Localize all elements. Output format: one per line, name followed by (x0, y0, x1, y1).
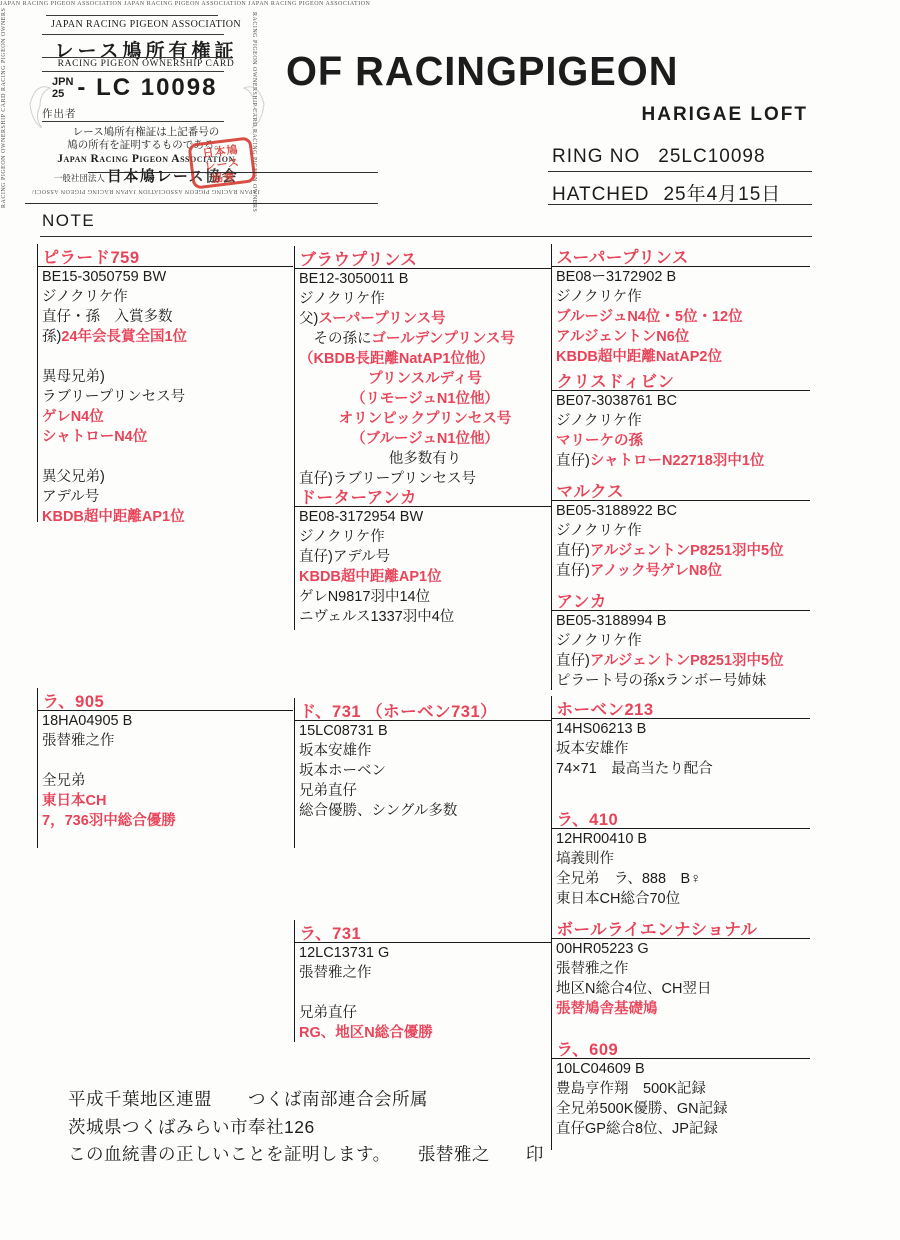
pedigree-text: アデル号 (42, 489, 99, 505)
pedigree-text: 総合優勝、シングル多数 (299, 803, 457, 819)
ring-no-value: 25LC10098 (658, 146, 765, 167)
pedigree-line: 直仔)アルジェントンP8251羽中5位 (556, 541, 810, 561)
note-label: NOTE (42, 211, 95, 231)
pedigree-text: BE05-3188994 B (556, 613, 666, 629)
certification-line: 平成千葉地区連盟 つくば南部連合会所属 (68, 1086, 544, 1114)
pedigree-line: 直仔)シャトローN22718羽中1位 (556, 451, 810, 471)
pedigree-line: 直仔GP総合8位、JP記録 (556, 1119, 810, 1139)
note-underline (40, 236, 812, 237)
pedigree-line: 総合優勝、シングル多数 (299, 801, 551, 821)
pedigree-line: 直仔・孫 入賞多数 (42, 307, 293, 327)
card-ring-number: JPN 25 - LC 10098 (52, 74, 217, 102)
pedigree-text: 地区N総合4位、CH翌日 (556, 981, 711, 997)
achievement-text: アノック号ゲレN8位 (590, 563, 722, 579)
pedigree-text: 他多数有り (389, 451, 462, 467)
pigeon-name: マルクス (551, 478, 811, 501)
pedigree-line: シャトローN4位 (42, 427, 293, 447)
pedigree-text: 塙義則作 (556, 851, 614, 867)
pedigree-line: その孫にゴールデンプリンス号 (299, 329, 551, 349)
achievement-text: アルジェントンP8251羽中5位 (590, 653, 784, 669)
pedigree-line: 地区N総合4位、CH翌日 (556, 979, 810, 999)
pedigree-line: ニヴェルス1337羽中4位 (299, 607, 551, 627)
pedigree-line: 異母兄弟) (42, 367, 293, 387)
hatched-label: HATCHED (552, 184, 649, 205)
pedigree-line: ゲレN9817羽中14位 (299, 587, 551, 607)
pedigree-line: ジノクリケ作 (556, 631, 810, 651)
pedigree-text: ジノクリケ作 (556, 633, 642, 649)
pedigree-text: 孫) (42, 329, 61, 345)
card-bottom-line (25, 203, 378, 204)
pedigree-text: BE07-3038761 BC (556, 393, 677, 409)
pedigree-text: ジノクリケ作 (299, 291, 385, 307)
certification-text: 平成千葉地区連盟 つくば南部連合会所属 茨城県つくばみらい市奉社126 この血統… (68, 1086, 544, 1169)
pedigree-line: 東日本CH (42, 791, 293, 811)
pedigree-line: 孫)24年会長賞全国1位 (42, 327, 293, 347)
achievement-text: シャトローN22718羽中1位 (590, 453, 765, 469)
pedigree-line: 74×71 最高当たり配合 (556, 759, 810, 779)
pedigree-text: 直仔・孫 入賞多数 (42, 309, 173, 325)
pedigree-text: 15LC08731 B (299, 723, 388, 739)
pedigree-line: ジノクリケ作 (556, 521, 810, 541)
achievement-text: スーパープリンス号 (318, 311, 445, 327)
pedigree-line: 張替雅之作 (299, 963, 551, 983)
pedigree-line: ゲレN4位 (42, 407, 293, 427)
card-rule (42, 34, 224, 35)
pedigree-text: 豊島亨作翔 500K記録 (556, 1081, 706, 1097)
pedigree-text: 直仔)アデル号 (299, 549, 390, 565)
achievement-text: ブルージュN4位・5位・12位 (556, 309, 743, 325)
pedigree-line: 00HR05223 G (556, 939, 810, 959)
card-association-en: JAPAN RACING PIGEON ASSOCIATION (30, 19, 262, 30)
pedigree-line: 兄弟直仔 (299, 781, 551, 801)
pedigree-text: その孫に (299, 331, 372, 347)
pedigree-text: 全兄弟 ラ、888 B♀ (556, 871, 701, 887)
pedigree-text: 坂本ホーベン (299, 763, 386, 779)
pedigree-line: BE08ー3172902 B (556, 267, 810, 287)
pedigree-block: ラ、90518HA04905 B張替雅之作 全兄弟東日本CH7，736羽中総合優… (37, 688, 293, 848)
pedigree-line: KBDB超中距離NatAP2位 (556, 347, 810, 367)
pedigree-line: （KBDB長距離NatAP1位他） (299, 349, 551, 369)
pedigree-line: 塙義則作 (556, 849, 810, 869)
pedigree-text: 東日本CH総合70位 (556, 891, 680, 907)
pedigree-block: ド、731 （ホーベン731）15LC08731 B坂本安雄作坂本ホーベン兄弟直… (294, 698, 551, 848)
pigeon-name: ブラウプリンス (294, 246, 552, 269)
pedigree-line: BE12-3050011 B (299, 269, 551, 289)
breeder-label: 作出者 (42, 106, 77, 121)
pedigree-line: アデル号 (42, 487, 293, 507)
pedigree-line: 14HS06213 B (556, 719, 810, 739)
card-rule (42, 121, 224, 122)
dove-right-icon (238, 74, 268, 134)
pedigree-line: ジノクリケ作 (556, 411, 810, 431)
achievement-text: RG、地区N総合優勝 (299, 1025, 433, 1041)
pedigree-line: 全兄弟 ラ、888 B♀ (556, 869, 810, 889)
hatched-row: HATCHED25年4月15日 (552, 179, 781, 206)
pedigree-line: RG、地区N総合優勝 (299, 1023, 551, 1043)
pedigree-text: BE05-3188922 BC (556, 503, 677, 519)
pedigree-text: 直仔) (556, 563, 590, 579)
pedigree-block: クリスドィビンBE07-3038761 BCジノクリケ作マリーケの孫直仔)シャト… (551, 368, 810, 478)
pigeon-name: スーパープリンス (551, 244, 811, 267)
pedigree-line: BE07-3038761 BC (556, 391, 810, 411)
pigeon-name: ド、731 （ホーベン731） (294, 698, 552, 721)
pedigree-text: 全兄弟500K優勝、GN記録 (556, 1101, 728, 1117)
pigeon-name: ラ、731 (294, 920, 552, 943)
achievement-text: オリンピックプリンセス号 (339, 411, 512, 427)
achievement-text: KBDB超中距離AP1位 (299, 569, 442, 585)
pedigree-text: 張替雅之作 (42, 733, 115, 749)
achievement-text: 7，736羽中総合優勝 (42, 813, 176, 829)
ring-underline (548, 171, 812, 172)
pedigree-line: 豊島亨作翔 500K記録 (556, 1079, 810, 1099)
pigeon-name: クリスドィビン (551, 368, 811, 391)
pedigree-text: ピラート号の孫xランボー号姉妹 (556, 673, 766, 689)
pedigree-line: 兄弟直仔 (299, 1003, 551, 1023)
pedigree-line: 12HR00410 B (556, 829, 810, 849)
pedigree-block: ピラード759BE15-3050759 BWジノクリケ作直仔・孫 入賞多数孫)2… (37, 244, 293, 522)
achievement-text: マリーケの孫 (556, 433, 643, 449)
hatched-underline (548, 204, 812, 205)
pedigree-line (42, 447, 293, 467)
pedigree-text: BE08ー3172902 B (556, 269, 676, 285)
pedigree-line (42, 347, 293, 367)
pedigree-line: （リモージュN1位他） (299, 389, 551, 409)
card-subtitle-en: RACING PIGEON OWNERSHIP CARD (30, 59, 262, 69)
pedigree-block: ラ、73112LC13731 G張替雅之作 兄弟直仔RG、地区N総合優勝 (294, 920, 551, 1042)
pigeon-name: ドーターアンカ (294, 484, 552, 507)
pedigree-text: ジノクリケ作 (556, 289, 642, 305)
pedigree-block: ホーベン21314HS06213 B坂本安雄作74×71 最高当たり配合 (551, 696, 810, 806)
ring-country-code: JPN (52, 76, 73, 88)
pigeon-name: アンカ (551, 588, 811, 611)
pigeon-name: ボールライエンナショナル (551, 916, 811, 939)
pedigree-text: 全兄弟 (42, 773, 86, 789)
achievement-text: アルジェントンP8251羽中5位 (590, 543, 784, 559)
pedigree-block: ドーターアンカBE08-3172954 BWジノクリケ作直仔)アデル号KBDB超… (294, 484, 551, 630)
pedigree-text: 坂本安雄作 (299, 743, 372, 759)
pedigree-text: ジノクリケ作 (42, 289, 128, 305)
loft-name: HARIGAE LOFT (550, 104, 808, 126)
achievement-text: プリンスルディ号 (368, 371, 482, 387)
pedigree-line (42, 751, 293, 771)
achievement-text: KBDB超中距離NatAP2位 (556, 349, 722, 365)
pedigree-text: ラブリープリンセス号 (42, 389, 185, 405)
pedigree-line: 全兄弟 (42, 771, 293, 791)
pedigree-block: ラ、41012HR00410 B塙義則作全兄弟 ラ、888 B♀東日本CH総合7… (551, 806, 810, 916)
pedigree-line: BE05-3188922 BC (556, 501, 810, 521)
pedigree-line: 直仔)アノック号ゲレN8位 (556, 561, 810, 581)
pedigree-line: 12LC13731 G (299, 943, 551, 963)
pedigree-line: BE15-3050759 BW (42, 267, 293, 287)
ring-no-label: RING NO (552, 146, 640, 167)
achievement-text: （KBDB長距離NatAP1位他） (299, 351, 494, 367)
pedigree-line: 父)スーパープリンス号 (299, 309, 551, 329)
achievement-text: 張替鳩舎基礎鳩 (556, 1001, 658, 1017)
pedigree-block: ブラウプリンスBE12-3050011 Bジノクリケ作父)スーパープリンス号 そ… (294, 246, 551, 486)
pedigree-text: ゲレN9817羽中14位 (299, 589, 430, 605)
pigeon-name: ピラード759 (37, 244, 294, 267)
pedigree-text: 直仔GP総合8位、JP記録 (556, 1121, 718, 1137)
document-title: OF RACINGPIGEON (286, 48, 678, 95)
pedigree-text: 14HS06213 B (556, 721, 646, 737)
pedigree-text: BE08-3172954 BW (299, 509, 423, 525)
hatched-value: 25年4月15日 (663, 184, 781, 205)
pedigree-line: ジノクリケ作 (556, 287, 810, 307)
association-seal-stamp: 日本鳩 レース 協會 (187, 136, 256, 189)
achievement-text: （ブルージュN1位他） (351, 431, 499, 447)
pedigree-line: 坂本ホーベン (299, 761, 551, 781)
pedigree-text: 直仔) (556, 543, 590, 559)
pedigree-text: ジノクリケ作 (556, 523, 642, 539)
pedigree-line: ブルージュN4位・5位・12位 (556, 307, 810, 327)
pedigree-text: 直仔) (556, 653, 590, 669)
achievement-text: ゲレN4位 (42, 409, 104, 425)
pedigree-text: 00HR05223 G (556, 941, 649, 957)
pedigree-line: ラブリープリンセス号 (42, 387, 293, 407)
card-rule (42, 71, 224, 72)
pedigree-line: 坂本安雄作 (556, 739, 810, 759)
pedigree-text: 直仔) (556, 453, 590, 469)
pedigree-line: KBDB超中距離AP1位 (299, 567, 551, 587)
ring-year: 25 (52, 88, 73, 100)
pedigree-line: オリンピックプリンセス号 (299, 409, 551, 429)
pedigree-text: 10LC04609 B (556, 1061, 645, 1077)
pedigree-line: マリーケの孫 (556, 431, 810, 451)
pedigree-text: 異父兄弟) (42, 469, 105, 485)
pedigree-line: 全兄弟500K優勝、GN記録 (556, 1099, 810, 1119)
certification-line: この血統書の正しいことを証明します。 張替雅之 印 (68, 1141, 544, 1169)
pedigree-text: 74×71 最高当たり配合 (556, 761, 713, 777)
pedigree-line: 18HA04905 B (42, 711, 293, 731)
pedigree-line: 15LC08731 B (299, 721, 551, 741)
pedigree-line: 直仔)アルジェントンP8251羽中5位 (556, 651, 810, 671)
pedigree-line: ピラート号の孫xランボー号姉妹 (556, 671, 810, 691)
pigeon-name: ラ、609 (551, 1036, 811, 1059)
ring-no-row: RING NO25LC10098 (552, 146, 766, 168)
pedigree-line: 張替鳩舎基礎鳩 (556, 999, 810, 1019)
achievement-text: ゴールデンプリンス号 (372, 331, 515, 347)
pedigree-text: 異母兄弟) (42, 369, 105, 385)
pedigree-line: 直仔)アデル号 (299, 547, 551, 567)
pedigree-line: 他多数有り (299, 449, 551, 469)
pedigree-text: ジノクリケ作 (299, 529, 385, 545)
pedigree-line: KBDB超中距離AP1位 (42, 507, 293, 527)
pedigree-line: 7，736羽中総合優勝 (42, 811, 293, 831)
pedigree-text: 12LC13731 G (299, 945, 389, 961)
achievement-text: KBDB超中距離AP1位 (42, 509, 185, 525)
pedigree-line: ジノクリケ作 (42, 287, 293, 307)
pedigree-text: 張替雅之作 (299, 965, 372, 981)
pedigree-text: 12HR00410 B (556, 831, 647, 847)
pedigree-block: アンカBE05-3188994 Bジノクリケ作直仔)アルジェントンP8251羽中… (551, 588, 810, 690)
pedigree-line: ジノクリケ作 (299, 289, 551, 309)
achievement-text: シャトローN4位 (42, 429, 147, 445)
pedigree-block: ラ、60910LC04609 B豊島亨作翔 500K記録全兄弟500K優勝、GN… (551, 1036, 810, 1150)
pedigree-line: 異父兄弟) (42, 467, 293, 487)
card-rule (46, 15, 218, 16)
pedigree-block: マルクスBE05-3188922 BCジノクリケ作直仔)アルジェントンP8251… (551, 478, 810, 588)
pedigree-line (299, 983, 551, 1003)
ring-series-number: - LC 10098 (77, 74, 217, 102)
pigeon-name: ホーベン213 (551, 696, 811, 719)
pigeon-name: ラ、410 (551, 806, 811, 829)
pedigree-line: BE05-3188994 B (556, 611, 810, 631)
association-type: 一般社団法人 (54, 173, 105, 183)
pedigree-text: BE15-3050759 BW (42, 269, 166, 285)
card-border-text-left: Racing Pigeon Ownership Card Racing Pige… (1, 8, 9, 208)
pedigree-text: ジノクリケ作 (556, 413, 642, 429)
pedigree-line: 張替雅之作 (42, 731, 293, 751)
pedigree-text: 張替雅之作 (556, 961, 629, 977)
pigeon-name: ラ、905 (37, 688, 294, 711)
pedigree-line: アルジェントンN6位 (556, 327, 810, 347)
pedigree-line: プリンスルディ号 (299, 369, 551, 389)
certification-line: 茨城県つくばみらい市奉社126 (68, 1114, 544, 1142)
pedigree-line: 張替雅之作 (556, 959, 810, 979)
pedigree-line: 坂本安雄作 (299, 741, 551, 761)
pedigree-text: 父) (299, 311, 318, 327)
pedigree-text: ニヴェルス1337羽中4位 (299, 609, 454, 625)
achievement-text: 東日本CH (42, 793, 106, 809)
pedigree-line: ジノクリケ作 (299, 527, 551, 547)
pedigree-text: 18HA04905 B (42, 713, 132, 729)
pedigree-line: BE08-3172954 BW (299, 507, 551, 527)
achievement-text: 24年会長賞全国1位 (61, 329, 187, 345)
pedigree-block: スーパープリンスBE08ー3172902 Bジノクリケ作ブルージュN4位・5位・… (551, 244, 810, 368)
achievement-text: （リモージュN1位他） (351, 391, 499, 407)
pedigree-line: 10LC04609 B (556, 1059, 810, 1079)
card-rule (42, 57, 224, 58)
owner-signature-line (88, 172, 378, 173)
pedigree-text: 兄弟直仔 (299, 1005, 357, 1021)
pedigree-line: （ブルージュN1位他） (299, 429, 551, 449)
pedigree-text: BE12-3050011 B (299, 271, 408, 287)
pedigree-line: 東日本CH総合70位 (556, 889, 810, 909)
pedigree-text: 坂本安雄作 (556, 741, 629, 757)
pedigree-block: ボールライエンナショナル00HR05223 G張替雅之作地区N総合4位、CH翌日… (551, 916, 810, 1036)
achievement-text: アルジェントンN6位 (556, 329, 689, 345)
pedigree-text: 兄弟直仔 (299, 783, 357, 799)
